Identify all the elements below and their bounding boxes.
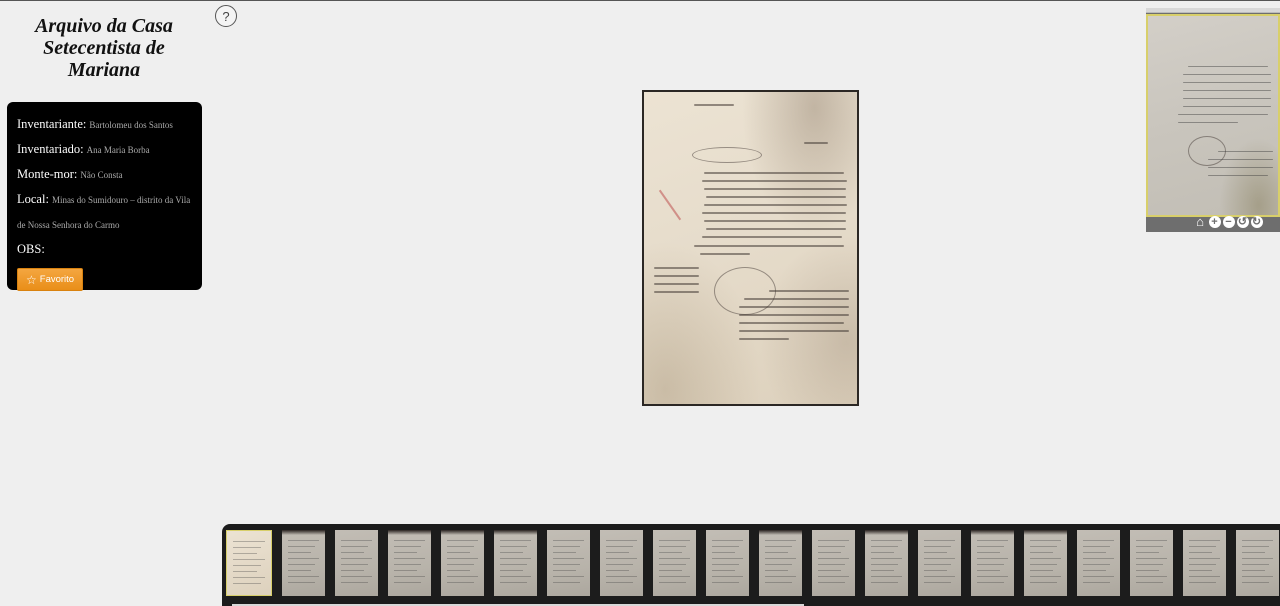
page-thumbnail[interactable] [335, 530, 378, 596]
field-value: Ana Maria Borba [87, 145, 150, 155]
site-title: Arquivo da Casa Setecentista de Mariana [14, 15, 194, 81]
favorite-label: Favorito [40, 274, 74, 285]
page-filmstrip[interactable] [222, 524, 1280, 606]
field-label: Local: [17, 192, 49, 206]
page-thumbnail[interactable] [388, 530, 431, 596]
page-thumbnail[interactable] [600, 530, 643, 596]
page-thumbnail[interactable] [1077, 530, 1120, 596]
page-thumbnail[interactable] [494, 530, 537, 596]
field-obs: OBS: [17, 237, 192, 262]
field-value: Bartolomeu dos Santos [89, 120, 173, 130]
star-icon: ☆ [26, 274, 37, 286]
page-thumbnail[interactable] [865, 530, 908, 596]
page-thumbnail[interactable] [1183, 530, 1226, 596]
navigator-panel[interactable]: ⌂ + − ↺ ↻ [1146, 8, 1280, 232]
page-thumbnail[interactable] [706, 530, 749, 596]
question-icon: ? [222, 9, 229, 24]
viewer-controls: ⌂ + − ↺ ↻ [1146, 211, 1280, 232]
field-local: Local: Minas do Sumidouro – distrito da … [17, 187, 192, 237]
page-thumbnail[interactable] [441, 530, 484, 596]
page-thumbnail[interactable] [971, 530, 1014, 596]
field-inventariado: Inventariado: Ana Maria Borba [17, 137, 192, 162]
page-thumbnail[interactable] [759, 530, 802, 596]
rotate-right-icon[interactable]: ↻ [1251, 216, 1263, 228]
page-thumbnail[interactable] [282, 530, 325, 596]
page-thumbnail[interactable] [1024, 530, 1067, 596]
page-thumbnail[interactable] [547, 530, 590, 596]
favorite-button[interactable]: ☆ Favorito [17, 268, 83, 291]
page-thumbnail[interactable] [226, 530, 272, 596]
zoom-out-icon[interactable]: − [1223, 216, 1235, 228]
field-inventariante: Inventariante: Bartolomeu dos Santos [17, 112, 192, 137]
page-thumbnail[interactable] [653, 530, 696, 596]
document-viewer-image[interactable] [642, 90, 859, 406]
rotate-left-icon[interactable]: ↺ [1237, 216, 1249, 228]
page-thumbnail[interactable] [1236, 530, 1279, 596]
field-label: OBS: [17, 242, 45, 256]
filmstrip-track [226, 530, 1280, 596]
manuscript-page [644, 92, 857, 404]
page-thumbnail[interactable] [812, 530, 855, 596]
record-info-panel: Inventariante: Bartolomeu dos Santos Inv… [7, 102, 202, 290]
help-button[interactable]: ? [215, 5, 237, 27]
field-label: Monte-mor: [17, 167, 77, 181]
field-monte-mor: Monte-mor: Não Consta [17, 162, 192, 187]
zoom-in-icon[interactable]: + [1209, 216, 1221, 228]
home-icon[interactable]: ⌂ [1194, 216, 1207, 228]
page-thumbnail[interactable] [918, 530, 961, 596]
navigator-thumbnail[interactable] [1146, 14, 1280, 217]
field-label: Inventariado: [17, 142, 84, 156]
page-thumbnail[interactable] [1130, 530, 1173, 596]
field-label: Inventariante: [17, 117, 86, 131]
navigator-header [1146, 8, 1280, 13]
field-value: Não Consta [80, 170, 122, 180]
